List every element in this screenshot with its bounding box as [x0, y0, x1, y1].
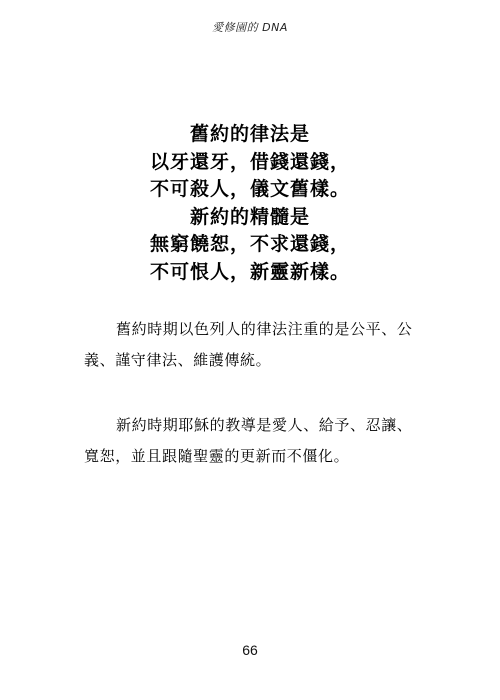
poem-line: 不可殺人，儀文舊樣。: [0, 176, 500, 204]
poem-line: 不可恨人，新靈新樣。: [0, 259, 500, 287]
poem-block: 舊約的律法是 以牙還牙，借錢還錢， 不可殺人，儀文舊樣。 新約的精髓是 無窮饒恕…: [0, 121, 500, 286]
paragraph-old-testament: 舊約時期以色列人的律法注重的是公平、公義、謹守律法、維護傳統。: [84, 314, 424, 376]
poem-line: 舊約的律法是: [0, 121, 500, 149]
running-header: 愛修園的 DNA: [0, 19, 500, 35]
poem-line: 新約的精髓是: [0, 204, 500, 232]
paragraph-new-testament: 新約時期耶穌的教導是愛人、給予、忍讓、寬恕，並且跟隨聖靈的更新而不僵化。: [84, 410, 424, 472]
poem-line: 無窮饒恕，不求還錢，: [0, 231, 500, 259]
poem-line: 以牙還牙，借錢還錢，: [0, 149, 500, 177]
page-number: 66: [0, 642, 500, 658]
